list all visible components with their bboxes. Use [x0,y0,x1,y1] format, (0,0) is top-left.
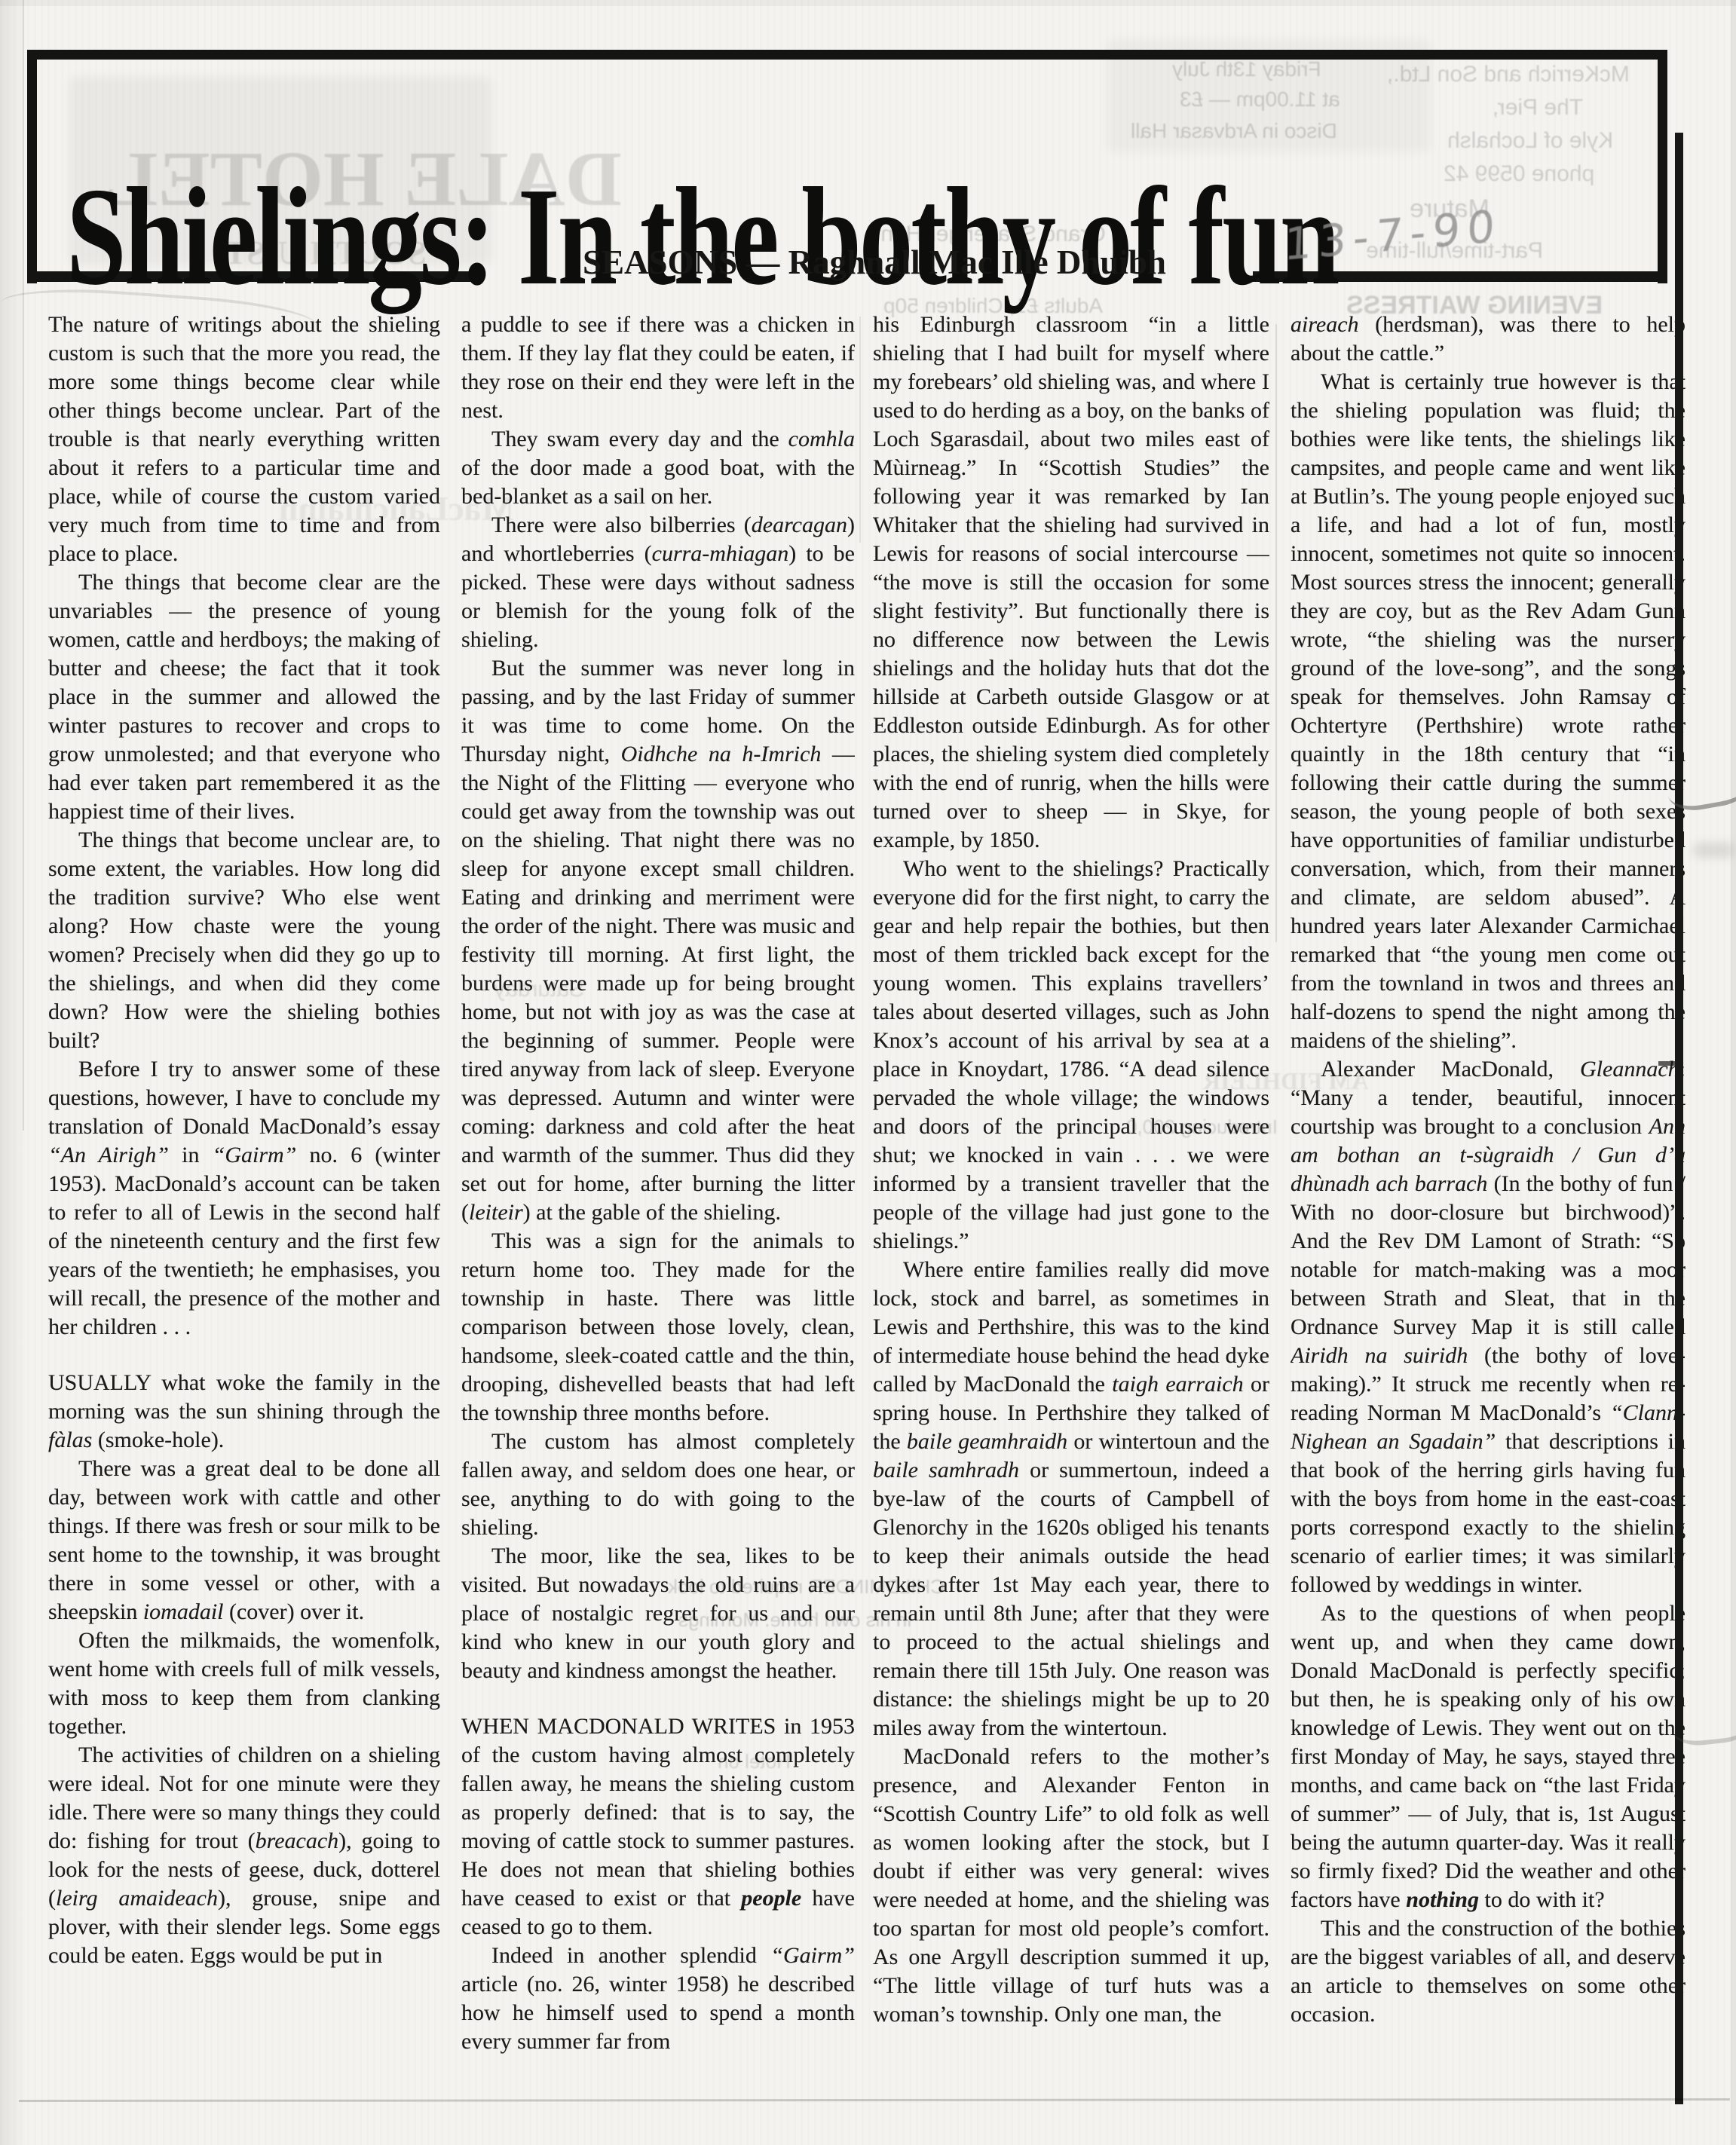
ghost-text: The Pier, [1493,95,1583,121]
paragraph: Before I try to answer some of these que… [48,1055,440,1342]
paper-fold-line [1275,324,1277,942]
paragraph: Indeed in another splendid “Gairm” artic… [461,1942,855,2056]
paragraph: a puddle to see if there was a chicken i… [461,311,855,425]
paragraph: The moor, like the sea, likes to be visi… [461,1542,855,1685]
separator-tick-mark [1658,1061,1678,1066]
paragraph: The nature of writings about the shielin… [48,311,440,568]
article-column-4: aireach (herdsman), was there to help ab… [1291,311,1685,2098]
paragraph: The things that become clear are the unv… [48,568,440,826]
paragraph: What is certainly true however is that t… [1291,368,1685,1055]
paragraph: The custom has almost completely fallen … [461,1427,855,1542]
paragraph: MacDonald refers to the mother’s presenc… [873,1743,1269,2029]
ghost-text: Kyle of Lochalsh [1447,128,1613,154]
paragraph: his Edinburgh classroom “in a little shi… [873,311,1269,855]
scan-right-edge-shadow [1731,0,1736,2145]
scan-left-edge-shadow [0,0,26,2145]
ghost-text: phone 0599 42 [1444,161,1594,187]
scan-smudge [1693,843,1734,858]
paragraph-section-start: USUALLY what woke the family in the morn… [48,1369,440,1455]
byline: SEASONS — Raghnall Mac Ille Dhuibh [498,243,1251,282]
headline-box-top-rule [27,50,1667,60]
paper-fold-line [23,0,24,1131]
scan-top-edge-shadow [0,0,1736,6]
paragraph: There were also bilberries (dearcagan) a… [461,511,855,654]
paragraph-section-start: WHEN MACDONALD WRITES in 1953 of the cus… [461,1712,855,1942]
paragraph: As to the questions of when people went … [1291,1599,1685,1914]
paragraph: This and the construction of the bothies… [1291,1914,1685,2029]
paper-crease-line [19,2098,1730,2102]
article-column-1: The nature of writings about the shielin… [48,311,440,2098]
paragraph: Where entire families really did move lo… [873,1256,1269,1743]
paragraph: aireach (herdsman), was there to help ab… [1291,311,1685,368]
paragraph: But the summer was never long in passing… [461,654,855,1227]
page-title: Shielings: In the bothy of fun [66,164,1337,311]
paragraph: They swam every day and the comhla of th… [461,425,855,511]
newspaper-clipping-scan: { "document": { "headline": "Shielings: … [0,0,1736,2145]
headline-box-right-rule [1658,50,1667,283]
article-column-3: his Edinburgh classroom “in a little shi… [873,311,1269,2098]
article-column-2: a puddle to see if there was a chicken i… [461,311,855,2098]
paragraph: This was a sign for the animals to retur… [461,1227,855,1427]
paragraph: The activities of children on a shieling… [48,1741,440,1970]
paragraph: The things that become unclear are, to s… [48,826,440,1055]
paragraph: There was a great deal to be done all da… [48,1455,440,1626]
paragraph: Often the milkmaids, the womenfolk, went… [48,1626,440,1741]
paragraph: Alexander MacDonald, Gleannach: “Many a … [1291,1055,1685,1599]
right-column-separator-rule [1675,133,1683,2104]
paper-fold-line [859,317,861,543]
paragraph: Who went to the shielings? Practically e… [873,855,1269,1256]
headline-box-left-rule [27,50,37,283]
